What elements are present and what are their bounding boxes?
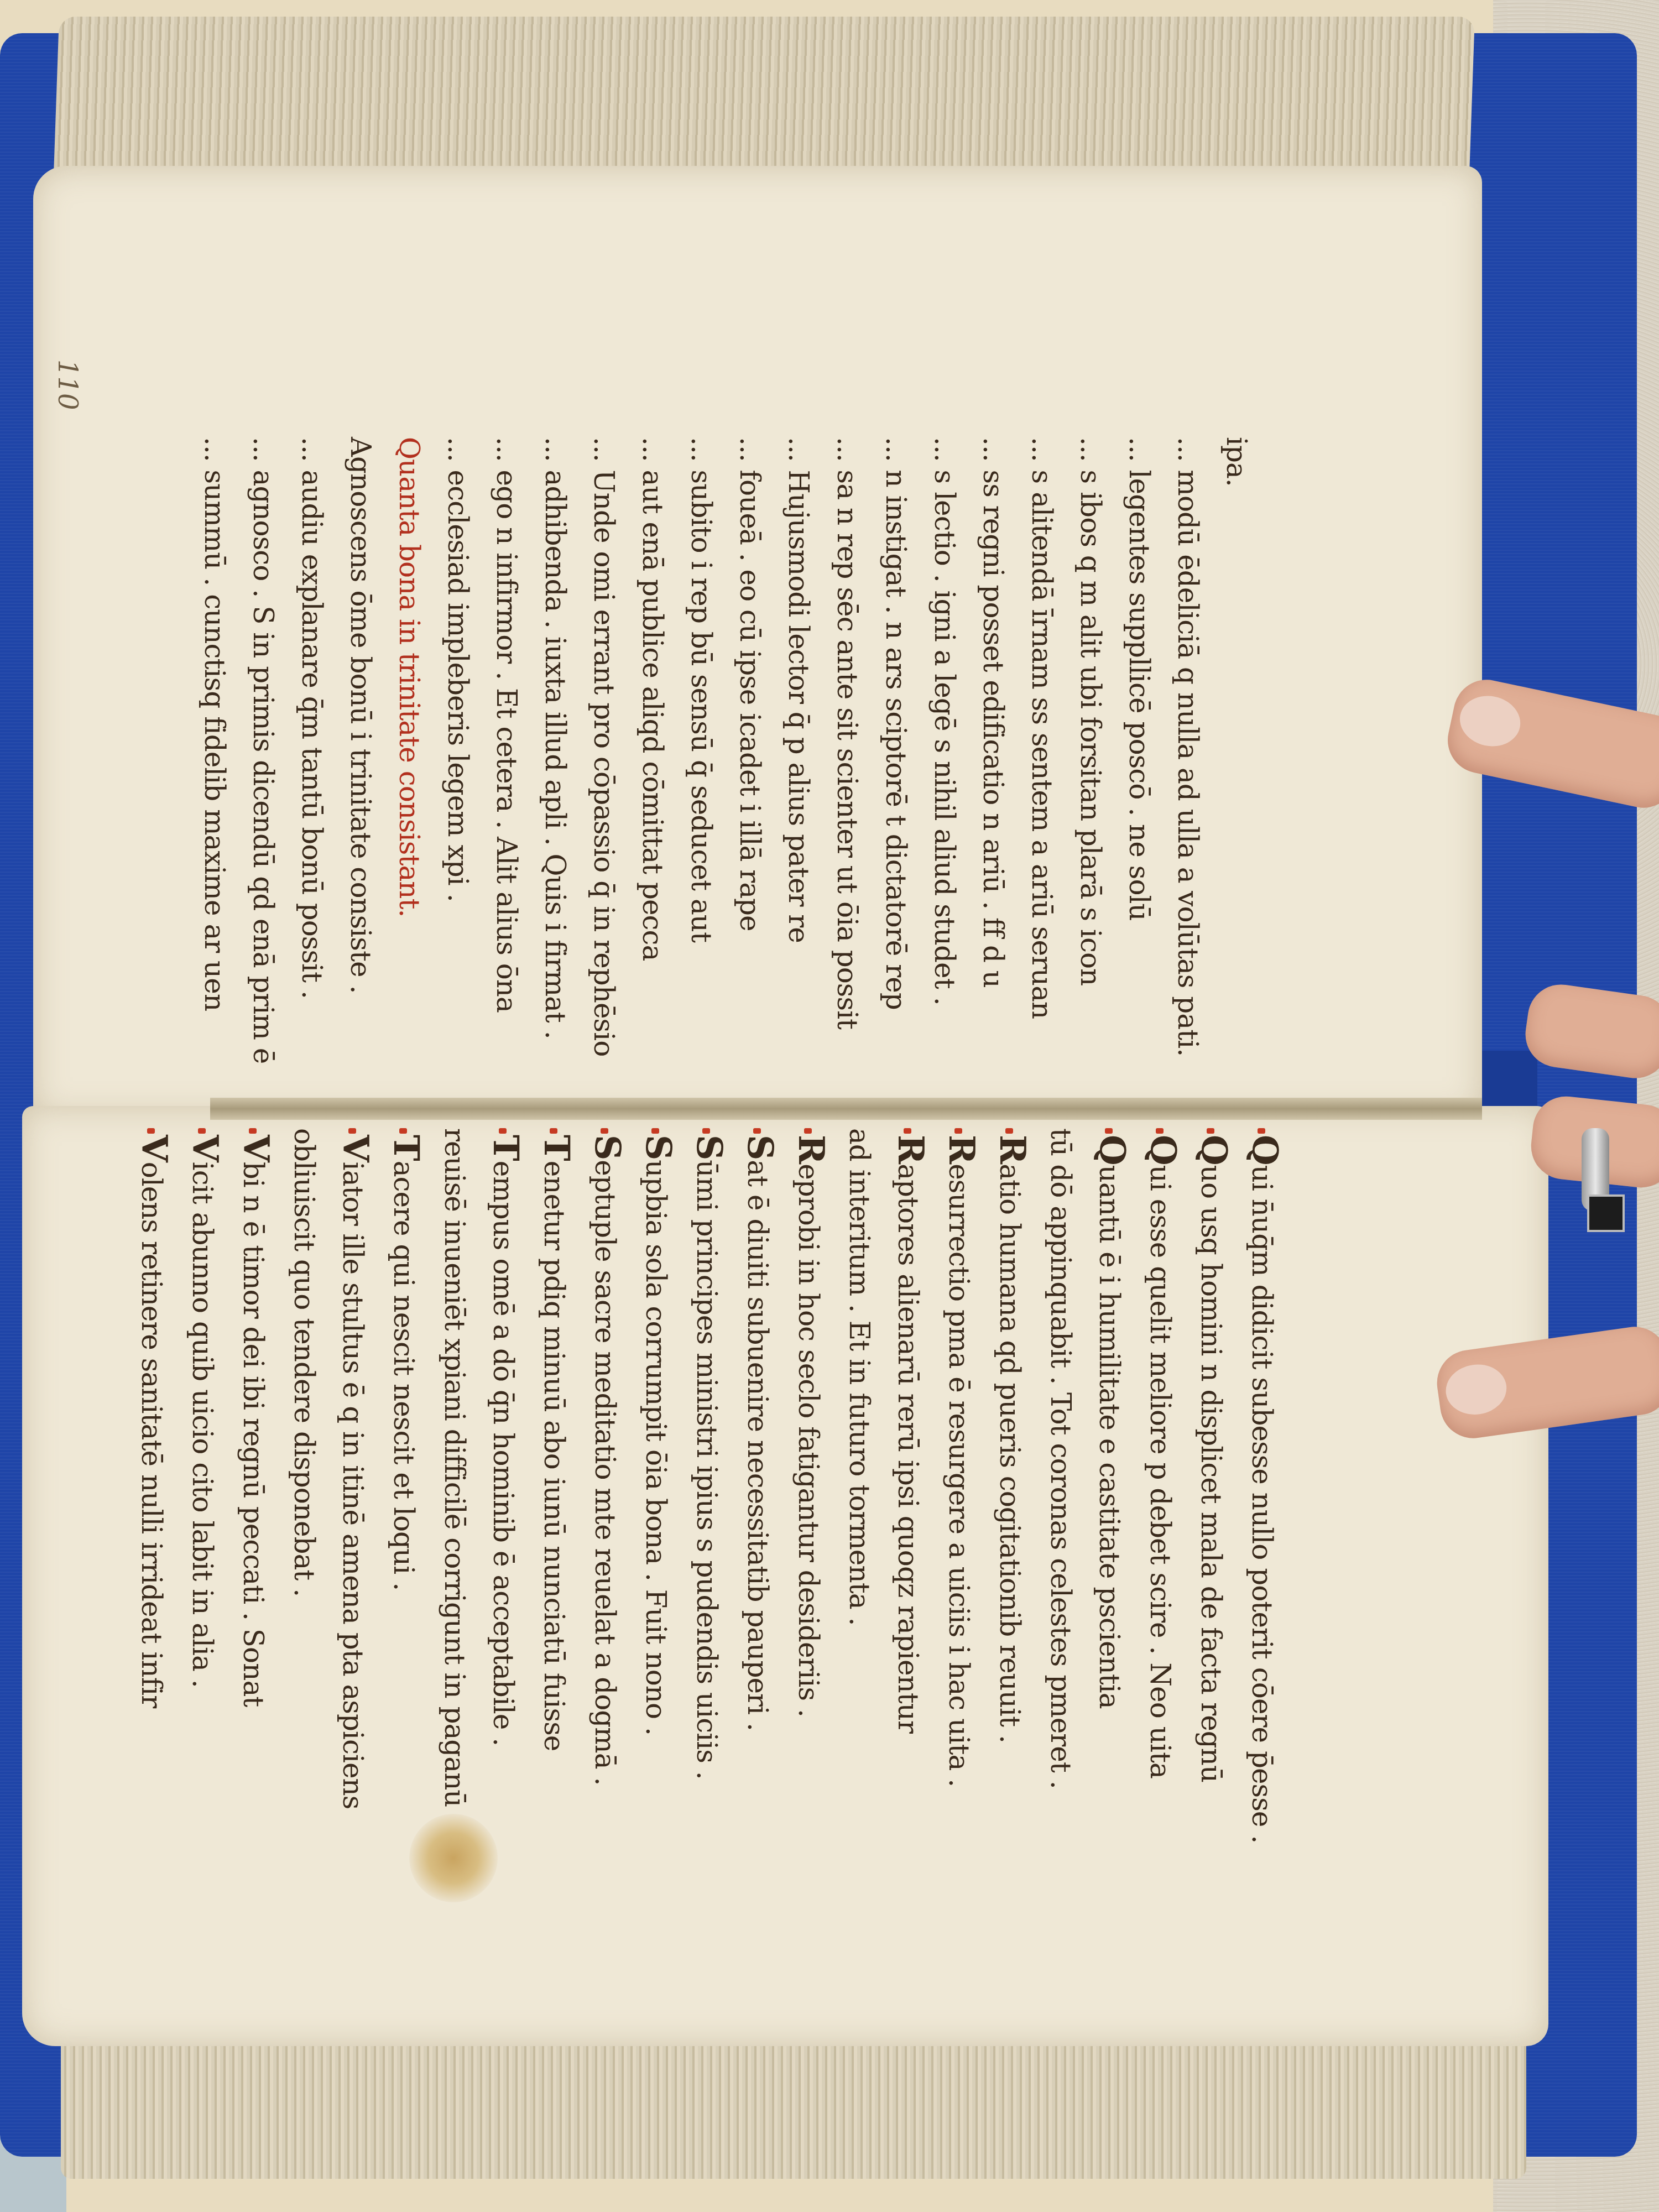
text-line: Raptores alienarū rerū ipsi quoqz rapien… [884,1128,935,1847]
text-line: ... subito i rep bū sensū q̄ seducet aut [677,437,726,1073]
upper-page-text: ipa.... modū ēdeliciā q nulla ad ulla a … [190,437,1261,1073]
line-text: reuisē inueniēt xpiani difficilē corrigu… [439,1128,471,1807]
text-line: Viator ille stultus ē q in itinē amena p… [328,1128,379,1847]
decorated-initial: R [790,1128,832,1164]
lower-page-text: Qui n̄uq̄m didicit subesse nullo poterit… [127,1128,1288,1847]
text-line: Quo usq homini n displicet mala de facta… [1187,1128,1238,1847]
text-line: ... summū . cunctisq fidelib maxime ar u… [190,437,239,1073]
text-line: ad interitum . Et in futuro tormenta . [835,1128,884,1847]
line-text: atio humana qd pueris cogitationib reuui… [994,1164,1026,1743]
line-text: uo usq homini n displicet mala de facta … [1195,1165,1227,1783]
decorated-initial: Q [1244,1128,1285,1165]
line-text: eptuple sacre meditatio mte reuelat a do… [589,1160,621,1785]
text-line: ... n instigat . n ars sciptorē t dictat… [872,437,920,1073]
text-line: Qui esse quelit meliore p debet scire . … [1136,1128,1187,1847]
decorated-initial: Q [1193,1128,1234,1165]
text-line: ... legentes suppllicē poscō . ne solū [1115,437,1164,1073]
line-text: obliuiscit quo tendere disponebat . [288,1128,320,1597]
text-line: tū dō appinquabit . Tot coronas celestes… [1036,1128,1085,1847]
line-text: upbia sola corrumpit ōia bona . Fuit non… [640,1160,672,1735]
line-text: ui esse quelit meliore p debet scire . N… [1144,1165,1176,1778]
decorated-initial: S [688,1128,730,1160]
folio-number: 110 [52,359,83,410]
text-line: Supbia sola corrumpit ōia bona . Fuit no… [632,1128,682,1847]
decorated-initial: Q [1091,1128,1133,1165]
book-gutter [210,1098,1482,1120]
line-text: olens retinere sanitatē nulli irrideat i… [135,1162,168,1708]
ring-black-stone [1587,1194,1625,1232]
line-text: empus omē a dō q̄n hominib ē acceptabile… [487,1161,519,1746]
text-line: ... foueā . eo cū ipse icadet i illā rap… [726,437,774,1073]
line-text: tū dō appinquabit . Tot coronas celestes… [1045,1128,1077,1789]
text-line: ... adhibenda . iuxta illud apli . Quis … [531,437,580,1073]
text-line: Tenetur pdiq minuū abo iunū nunciatū fui… [530,1128,581,1847]
text-line: Resurrectio pma ē resurgere a uiciis i h… [935,1128,985,1847]
decorated-initial: V [133,1128,175,1162]
text-line: ... s alitendā īrnam ss sentem a ariū se… [1018,437,1066,1073]
rubric-heading: Quanta bona in trinitate consistant. [385,437,434,1073]
decorated-initial: T [485,1128,526,1161]
text-line: Qui n̄uq̄m didicit subesse nullo poterit… [1238,1128,1288,1847]
line-text: aptores alienarū rerū ipsi quoqz rapient… [892,1164,924,1733]
decorated-initial: S [638,1128,679,1160]
text-line: Tacere qui nescit nescit et loqui . [379,1128,430,1847]
text-line: ... s lectio . igni a legē s nihil aliud… [920,437,969,1073]
text-line: ipa. [1212,437,1261,1073]
text-line: ... modū ēdeliciā q nulla ad ulla a volū… [1164,437,1212,1073]
line-text: ad interitum . Et in futuro tormenta . [843,1128,875,1625]
text-line: Agnoscens ōme bonū i trinitate consiste … [336,437,385,1073]
line-text: eprobi in hoc seclo fatigantur desiderii… [792,1164,825,1717]
fingernail [1443,1360,1510,1418]
text-line: ... agnosco . S in primis dicendū qd enā… [239,437,288,1073]
line-text: enetur pdiq minuū abo iunū nunciatū fuis… [538,1161,570,1751]
text-line: Ratio humana qd pueris cogitationib reuu… [985,1128,1036,1847]
decorated-initial: T [385,1128,427,1161]
line-text: ūmi principes ministri ipius s pudendis … [691,1160,723,1779]
text-line: ... ss regni posset edificatio n ariū . … [969,437,1018,1073]
decorated-initial: V [184,1128,226,1162]
text-line: Quantū ē i humilitate e castitate pscien… [1085,1128,1136,1847]
text-line: ... audiu explanare q̄m tantū bonū possi… [288,437,336,1073]
text-line: reuisē inueniēt xpiani difficilē corrigu… [430,1128,479,1847]
text-line: ... ecclesiad impleberis legem xpi . [434,437,482,1073]
fingernail [1455,690,1525,752]
line-text: esurrectio pma ē resurgere a uiciis i ha… [943,1164,975,1787]
line-text: iator ille stultus ē q in itinē amena pt… [337,1162,369,1809]
line-text: acere qui nescit nescit et loqui . [388,1161,420,1590]
text-line: Sūmi principes ministri ipius s pudendis… [682,1128,733,1847]
decorated-initial: V [335,1128,376,1162]
text-line: Reprobi in hoc seclo fatigantur desideri… [784,1128,835,1847]
text-line: ... Unde omi errant pro cōpassio q̄ in r… [580,437,628,1073]
decorated-initial: R [890,1128,931,1164]
decorated-initial: V [235,1128,276,1162]
line-text: ui n̄uq̄m didicit subesse nullo poterit … [1246,1165,1278,1843]
line-text: bi n ē timor dei ibi regnū peccati . Son… [237,1162,269,1707]
line-text: at ē diuiti subuenire necessitatib paupe… [742,1160,774,1731]
text-line: Volens retinere sanitatē nulli irrideat … [127,1128,178,1847]
decorated-initial: S [587,1128,628,1160]
text-line: ... ego n infirmor . Et cetera . Alit al… [482,437,531,1073]
text-line: ... Hujusmodi lector q̄ p alius pater re [774,437,823,1073]
decorated-initial: R [941,1128,982,1164]
text-line: ... s ibos q m alit ubi forsitan plarā s… [1066,437,1115,1073]
decorated-initial: T [536,1128,577,1161]
text-line: Vicit abunno quib uicio cito labit in al… [178,1128,229,1847]
text-line: Sat ē diuiti subuenire necessitatib paup… [733,1128,784,1847]
decorated-initial: Q [1142,1128,1183,1165]
text-line: Tempus omē a dō q̄n hominib ē acceptabil… [479,1128,530,1847]
text-line: Septuple sacre meditatio mte reuelat a d… [581,1128,632,1847]
text-line: obliuiscit quo tendere disponebat . [280,1128,328,1847]
text-line: Vbi n ē timor dei ibi regnū peccati . So… [229,1128,280,1847]
line-text: icit abunno quib uicio cito labit in ali… [186,1162,218,1688]
text-line: ... aut enā publice aliqd cōmittat pecca [628,437,677,1073]
text-line: ... sa n rep sēc ante sit scienter ut ōi… [823,437,872,1073]
decorated-initial: S [739,1128,781,1160]
decorated-initial: R [992,1128,1033,1164]
line-text: uantū ē i humilitate e castitate pscient… [1093,1165,1125,1709]
